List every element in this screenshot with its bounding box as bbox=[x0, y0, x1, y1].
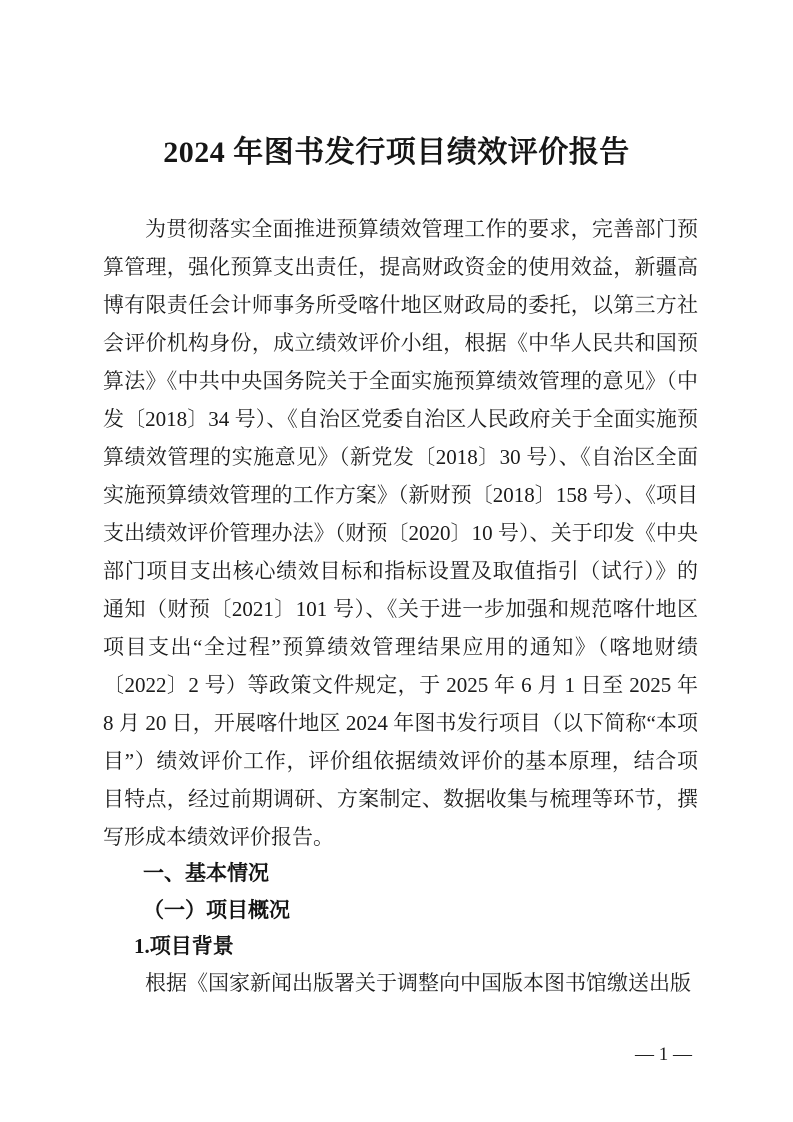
body-paragraph-project-background: 根据《国家新闻出版署关于调整向中国版本图书馆缴送出版 bbox=[103, 964, 698, 1002]
section-heading-basic-info: 一、基本情况 bbox=[103, 856, 698, 892]
subsection-heading-project-overview: （一）项目概况 bbox=[103, 892, 698, 928]
subsubsection-heading-project-background: 1.项目背景 bbox=[103, 928, 698, 964]
intro-paragraph: 为贯彻落实全面推进预算绩效管理工作的要求，完善部门预算管理，强化预算支出责任，提… bbox=[103, 210, 698, 856]
page-number: — 1 — bbox=[0, 1044, 692, 1066]
document-body: 为贯彻落实全面推进预算绩效管理工作的要求，完善部门预算管理，强化预算支出责任，提… bbox=[103, 210, 698, 1002]
document-title: 2024 年图书发行项目绩效评价报告 bbox=[0, 127, 793, 171]
document-page: 2024 年图书发行项目绩效评价报告 为贯彻落实全面推进预算绩效管理工作的要求，… bbox=[0, 0, 793, 1122]
